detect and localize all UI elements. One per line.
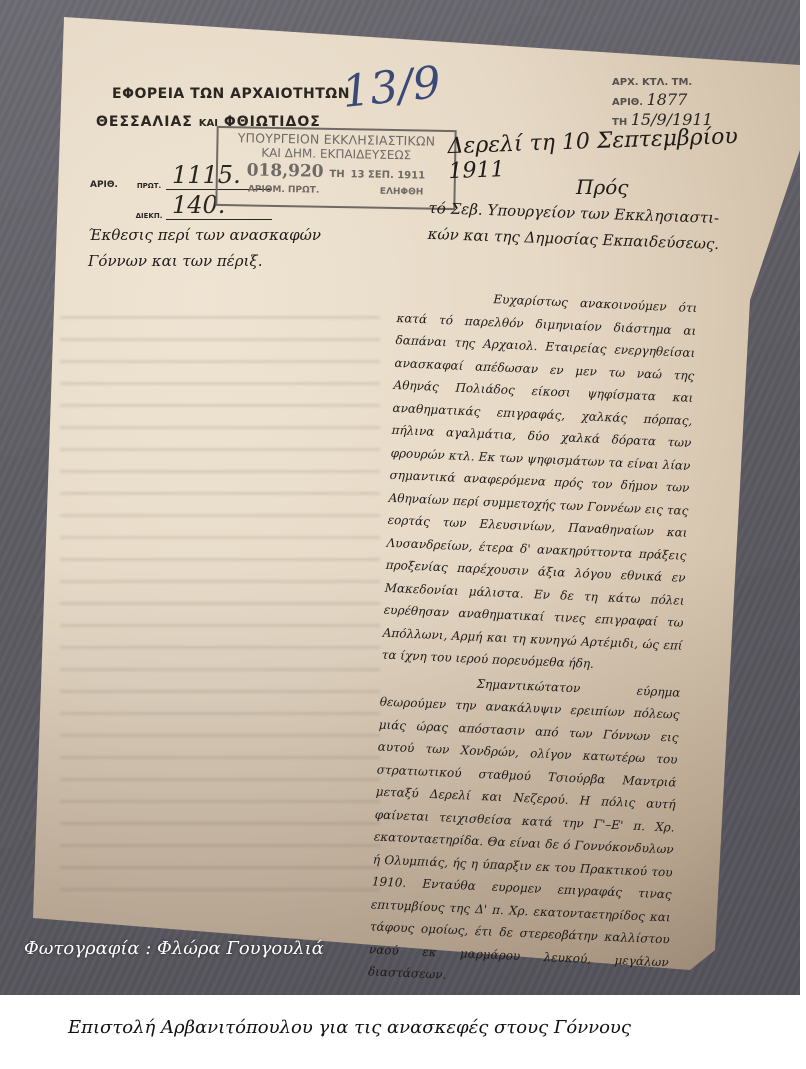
stamp-footer-left: ΑΡΙΘΜ. ΠΡΩΤ. [248,184,320,195]
subject-line-1: Έκθεσις περί των ανασκαφών [88,222,321,248]
stamp-number: 018,920 [247,160,324,181]
salutation: Πρός [576,175,628,199]
protocol-label: ΠΡΩΤ. [132,182,166,190]
letter-body: Ευχαρίστως ανακοινούμεν ότι κατά τό παρε… [367,284,697,995]
archive-number-label: ΑΡΙΘ. [612,97,643,108]
stamp-date: 13 ΣΕΠ. 1911 [350,169,425,181]
letterhead-kai: ΚΑΙ [199,118,218,129]
handwritten-file-number: 13/9 [340,57,444,118]
bleed-through-text [60,300,380,900]
stamp-footer-right: ΕΛΗΦΘΗ [380,187,424,198]
ref-label: ΑΡΙΘ. [90,180,132,190]
letterhead-line-1: ΕΦΟΡΕΙΑ ΤΩΝ ΑΡΧΑΙΟΤΗΤΩΝ [112,86,350,102]
stamp-footer: ΑΡΙΘΜ. ΠΡΩΤ. ΕΛΗΦΘΗ [218,184,454,198]
archive-stamp-header: ΑΡΧ. ΚΤΛ. ΤΜ. [612,74,713,91]
photo-credit-watermark: Φωτογραφία : Φλώρα Γουγουλιά [24,938,324,959]
ministry-stamp: ΥΠΟΥΡΓΕΙΟΝ ΕΚΚΛΗΣΙΑΣΤΙΚΩΝ ΚΑΙ ΔΗΜ. ΕΚΠΑΙ… [215,126,456,210]
archive-number: 1877 [647,90,688,109]
letter-photograph: ΕΦΟΡΕΙΑ ΤΩΝ ΑΡΧΑΙΟΤΗΤΩΝ ΘΕΣΣΑΛΙΑΣ ΚΑΙ ΦΘ… [0,0,800,995]
letterhead: ΕΦΟΡΕΙΑ ΤΩΝ ΑΡΧΑΙΟΤΗΤΩΝ ΘΕΣΣΑΛΙΑΣ ΚΑΙ ΦΘ… [96,86,350,130]
caption-area: Επιστολή Αρβανιτόπουλου για τις ανασκεφέ… [0,995,806,1069]
subject-line-2: Γόννων και των πέριξ. [88,248,321,274]
archive-stamp: ΑΡΧ. ΚΤΛ. ΤΜ. ΑΡΙΘ. 1877 ΤΗ 15/9/1911 [612,74,713,131]
stamp-date-prefix: ΤΗ [329,169,344,180]
body-paragraph-2: Σημαντικώτατον εύρημα θεωρούμεν την ανακ… [367,668,680,995]
letter-subject: Έκθεσις περί των ανασκαφών Γόννων και τω… [88,222,321,274]
caption-text: Επιστολή Αρβανιτόπουλου για τις ανασκεφέ… [68,1017,631,1038]
addressee: τό Σεβ. Υπουργείον των Εκκλησιαστι- κών … [427,195,720,257]
stamp-number-date: 018,920 ΤΗ 13 ΣΕΠ. 1911 [218,160,454,184]
archive-date-label: ΤΗ [612,117,627,128]
archive-number-row: ΑΡΙΘ. 1877 [612,91,713,111]
body-paragraph-1: Ευχαρίστως ανακοινούμεν ότι κατά τό παρε… [381,284,697,679]
dispatch-label: ΔΙΕΚΠ. [132,212,166,220]
letterhead-region-1: ΘΕΣΣΑΛΙΑΣ [96,114,193,130]
